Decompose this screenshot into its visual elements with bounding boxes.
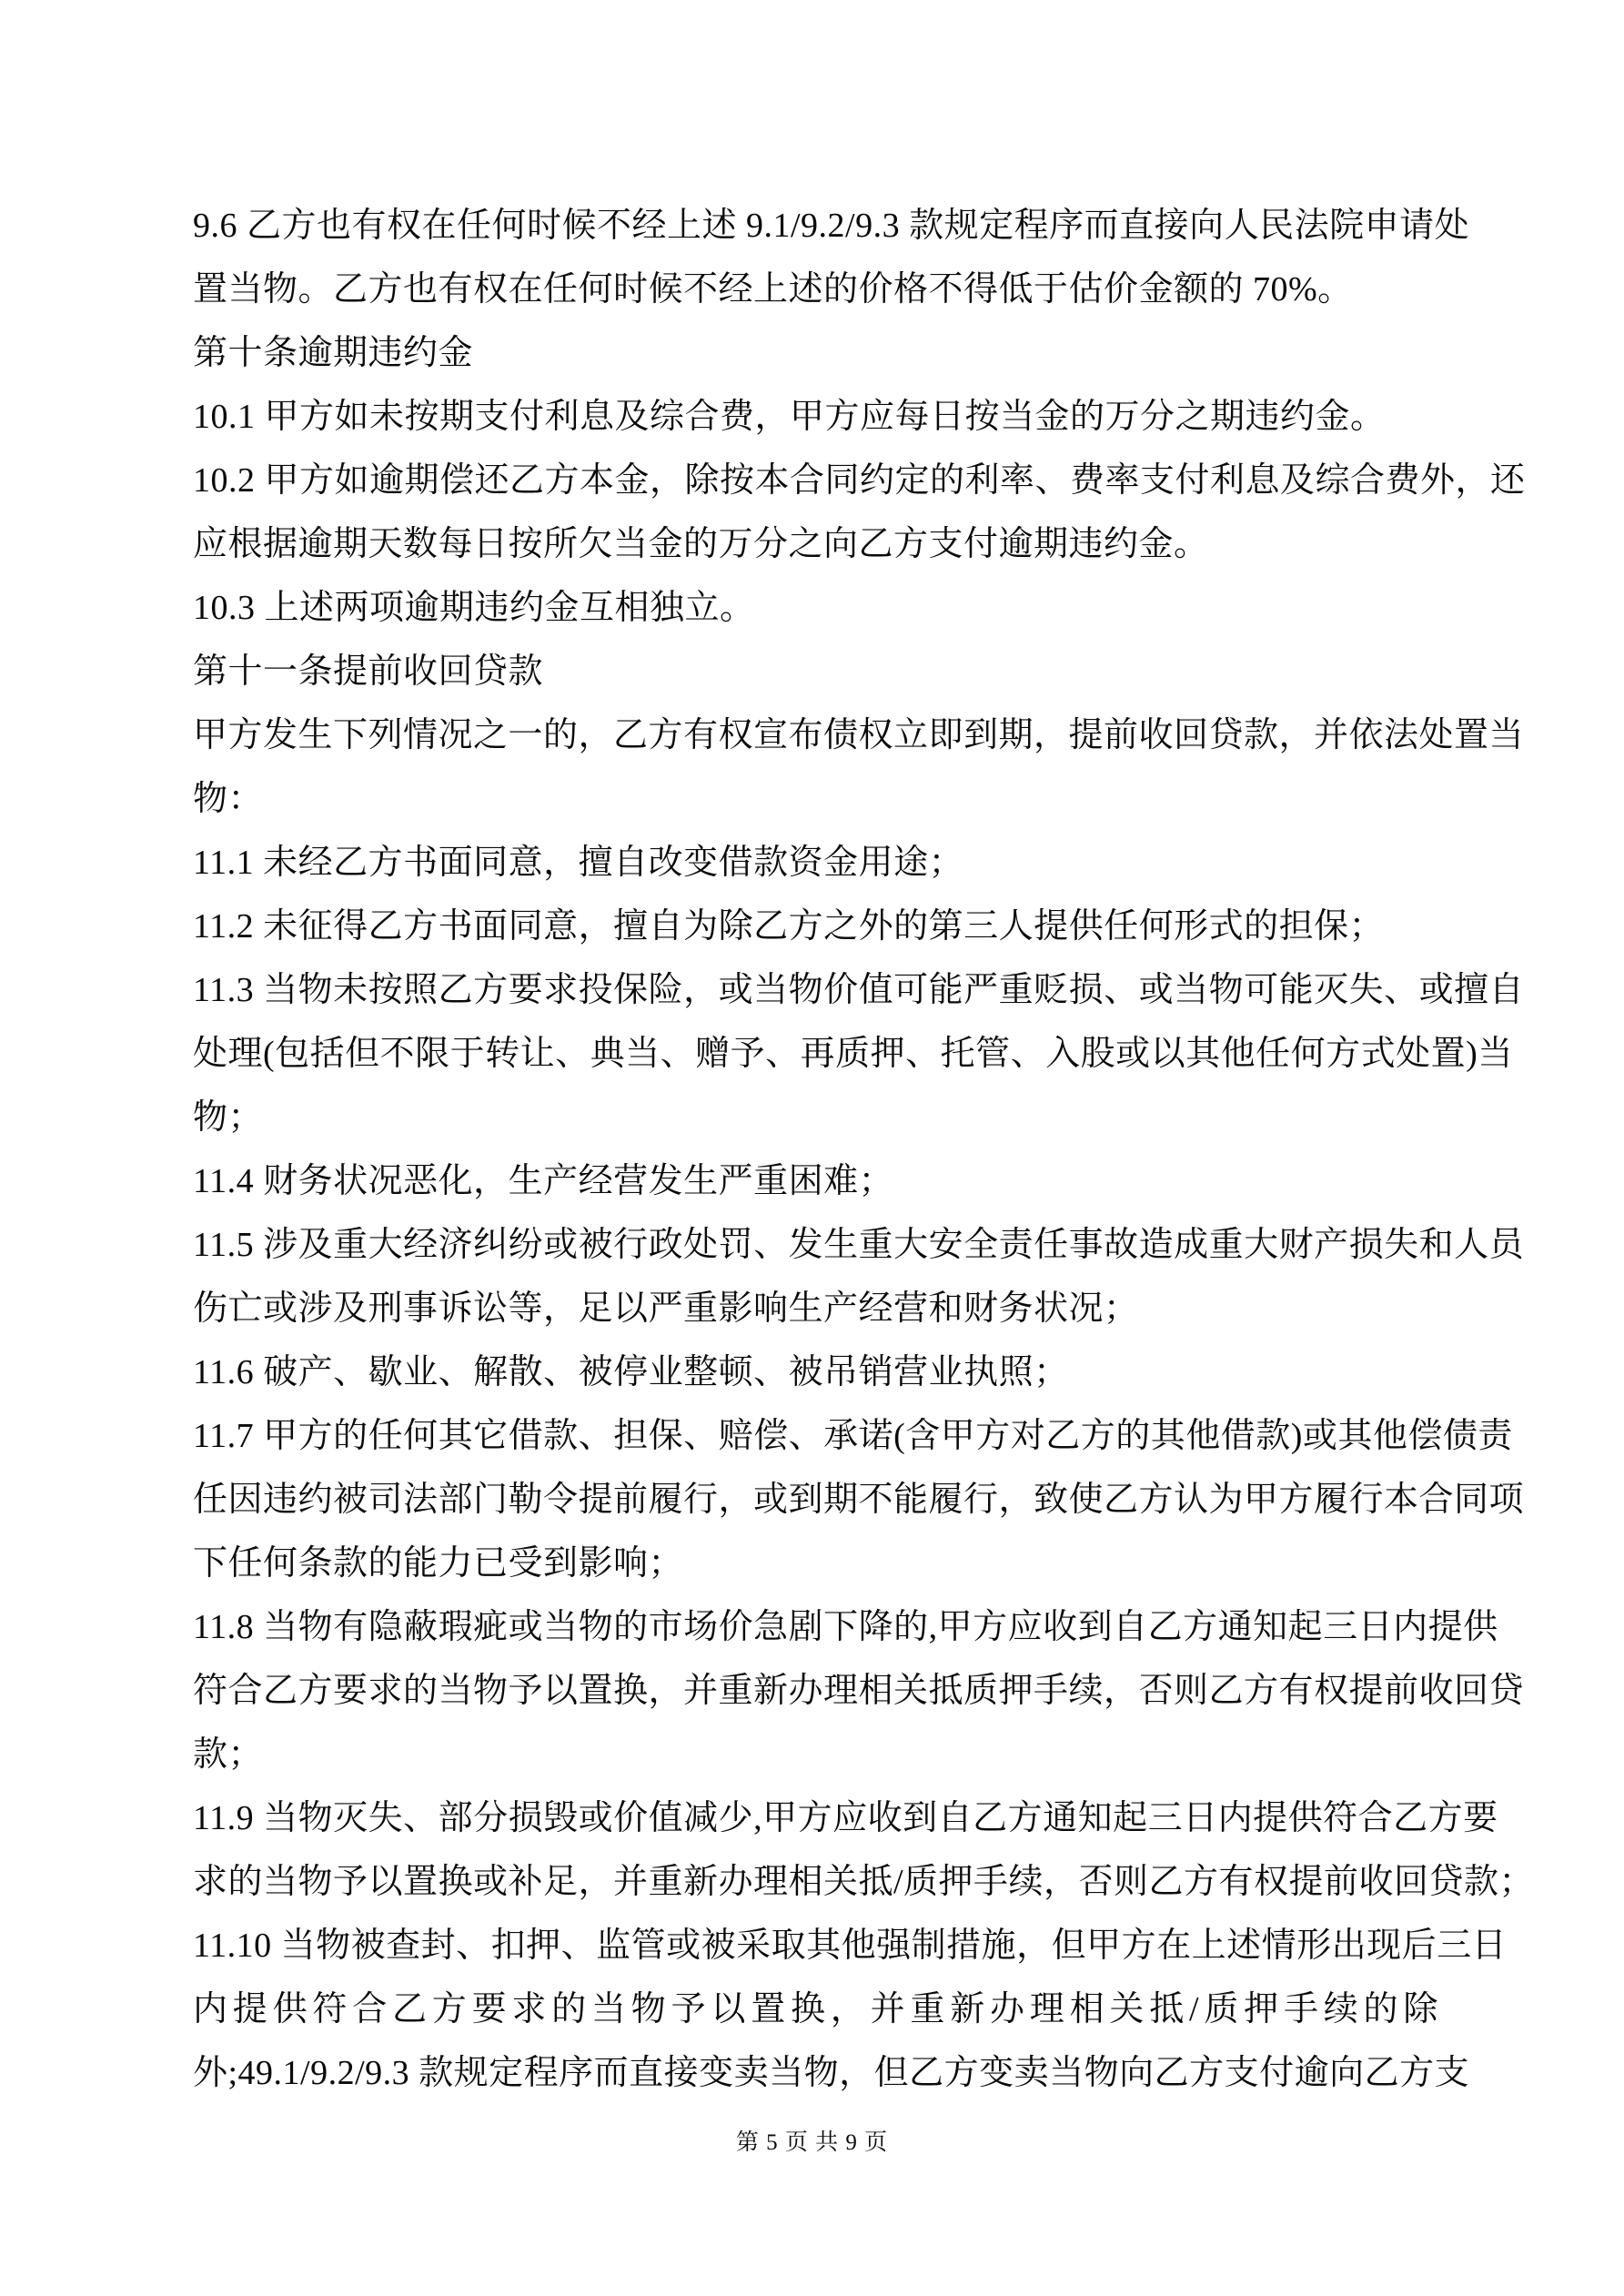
contract-body: 9.6 乙方也有权在任何时候不经上述 9.1/9.2/9.3 款规定程序而直接向… bbox=[193, 194, 1450, 2105]
clause-11-5-cont: 伤亡或涉及刑事诉讼等，足以严重影响生产经营和财务状况； bbox=[193, 1277, 1450, 1340]
clause-11-3: 11.3 当物未按照乙方要求投保险，或当物价值可能严重贬损、或当物可能灭失、或擅… bbox=[193, 958, 1450, 1022]
clause-10-3: 10.3 上述两项逾期违约金互相独立。 bbox=[193, 576, 1450, 640]
clause-11-6: 11.6 破产、歇业、解散、被停业整顿、被吊销营业执照； bbox=[193, 1340, 1450, 1404]
clause-9-6: 9.6 乙方也有权在任何时候不经上述 9.1/9.2/9.3 款规定程序而直接向… bbox=[193, 194, 1450, 258]
clause-11-2: 11.2 未征得乙方书面同意，擅自为除乙方之外的第三人提供任何形式的担保； bbox=[193, 895, 1450, 958]
clause-11-9-cont: 求的当物予以置换或补足，并重新办理相关抵/质押手续，否则乙方有权提前收回贷款； bbox=[193, 1850, 1450, 1914]
clause-11-intro: 甲方发生下列情况之一的，乙方有权宣布债权立即到期，提前收回贷款，并依法处置当 bbox=[193, 703, 1450, 767]
clause-11-9: 11.9 当物灭失、部分损毁或价值减少,甲方应收到自乙方通知起三日内提供符合乙方… bbox=[193, 1786, 1450, 1850]
section-heading-11: 第十一条提前收回贷款 bbox=[193, 640, 1450, 703]
clause-11-8: 11.8 当物有隐蔽瑕疵或当物的市场价急剧下降的,甲方应收到自乙方通知起三日内提… bbox=[193, 1595, 1450, 1659]
clause-11-3-cont2: 物； bbox=[193, 1086, 1450, 1149]
clause-11-8-cont: 符合乙方要求的当物予以置换，并重新办理相关抵质押手续，否则乙方有权提前收回贷 bbox=[193, 1659, 1450, 1723]
clause-11-7-cont: 任因违约被司法部门勒令提前履行，或到期不能履行，致使乙方认为甲方履行本合同项 bbox=[193, 1468, 1450, 1532]
clause-10-2: 10.2 甲方如逾期偿还乙方本金，除按本合同约定的利率、费率支付利息及综合费外，… bbox=[193, 449, 1450, 512]
clause-11-1: 11.1 未经乙方书面同意，擅自改变借款资金用途； bbox=[193, 831, 1450, 895]
clause-11-10: 11.10 当物被查封、扣押、监管或被采取其他强制措施，但甲方在上述情形出现后三… bbox=[193, 1914, 1450, 1977]
clause-11-intro-cont: 物： bbox=[193, 767, 1450, 831]
clause-11-5: 11.5 涉及重大经济纠纷或被行政处罚、发生重大安全责任事故造成重大财产损失和人… bbox=[193, 1213, 1450, 1277]
section-heading-10: 第十条逾期违约金 bbox=[193, 321, 1450, 385]
clause-11-10-cont: 内提供符合乙方要求的当物予以置换，并重新办理相关抵/质押手续的除 bbox=[193, 1977, 1450, 2041]
page-number: 第 5 页 共 9 页 bbox=[0, 2120, 1624, 2166]
clause-11-8-cont2: 款； bbox=[193, 1723, 1450, 1786]
contract-page: 9.6 乙方也有权在任何时候不经上述 9.1/9.2/9.3 款规定程序而直接向… bbox=[0, 0, 1624, 2296]
clause-10-1: 10.1 甲方如未按期支付利息及综合费，甲方应每日按当金的万分之期违约金。 bbox=[193, 385, 1450, 449]
clause-11-7: 11.7 甲方的任何其它借款、担保、赔偿、承诺(含甲方对乙方的其他借款)或其他偿… bbox=[193, 1404, 1450, 1468]
clause-10-2-cont: 应根据逾期天数每日按所欠当金的万分之向乙方支付逾期违约金。 bbox=[193, 512, 1450, 576]
clause-11-7-cont2: 下任何条款的能力已受到影响； bbox=[193, 1532, 1450, 1595]
clause-11-4: 11.4 财务状况恶化，生产经营发生严重困难； bbox=[193, 1149, 1450, 1213]
clause-9-6-cont: 置当物。乙方也有权在任何时候不经上述的价格不得低于估价金额的 70%。 bbox=[193, 258, 1450, 321]
clause-11-10-cont2: 外;49.1/9.2/9.3 款规定程序而直接变卖当物，但乙方变卖当物向乙方支付… bbox=[193, 2041, 1450, 2105]
clause-11-3-cont: 处理(包括但不限于转让、典当、赠予、再质押、托管、入股或以其他任何方式处置)当 bbox=[193, 1022, 1450, 1086]
